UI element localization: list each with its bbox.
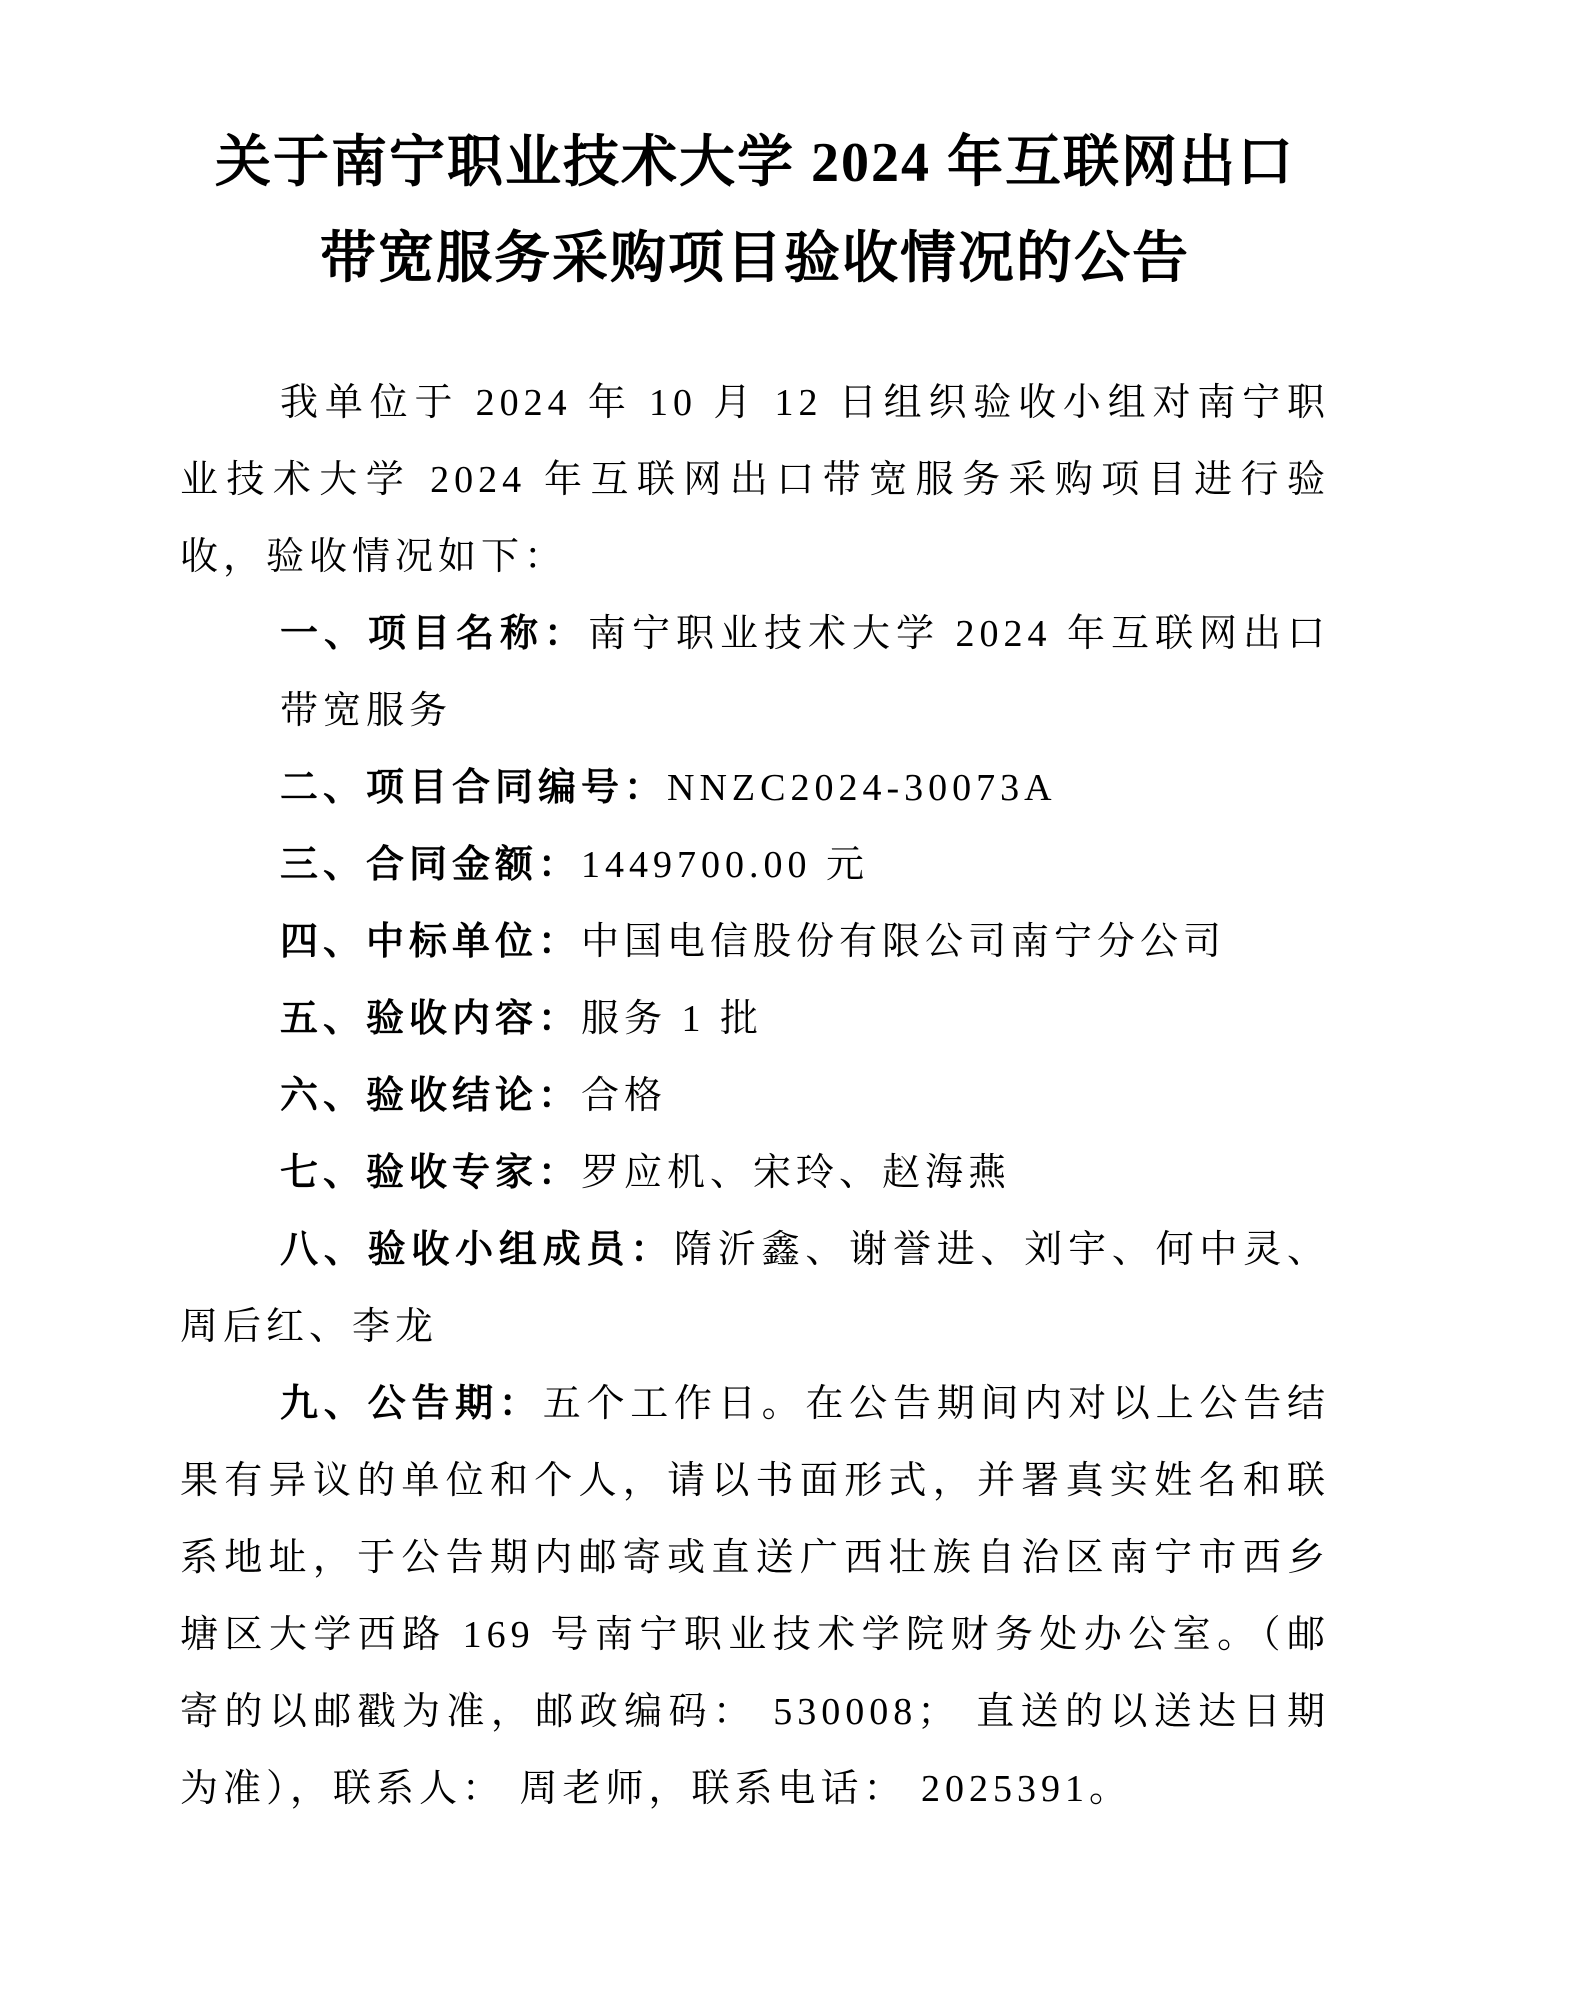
item-value: 服务 1 批 (581, 998, 763, 1040)
item-label: 二、项目合同编号： (280, 767, 667, 809)
item-label: 三、合同金额： (280, 844, 581, 886)
item-label: 四、中标单位： (280, 921, 581, 963)
item-label: 一、项目名称： (280, 613, 588, 655)
item-label: 七、验收专家： (280, 1152, 581, 1194)
list-item-acceptance-content: 五、验收内容：服务 1 批 (180, 981, 1330, 1058)
item-value: 合格 (581, 1075, 667, 1117)
list-item-acceptance-experts: 七、验收专家：罗应机、宋玲、赵海燕 (180, 1135, 1330, 1212)
intro-paragraph: 我单位于 2024 年 10 月 12 日组织验收小组对南宁职业技术大学 202… (180, 365, 1330, 596)
item-value: 罗应机、宋玲、赵海燕 (581, 1152, 1011, 1194)
list-item-winning-bidder: 四、中标单位：中国电信股份有限公司南宁分公司 (180, 904, 1330, 981)
item-value: 1449700.00 元 (581, 844, 869, 886)
item-value: 中国电信股份有限公司南宁分公司 (581, 921, 1226, 963)
item-value: NNZC2024-30073A (667, 767, 1057, 809)
item-label: 八、验收小组成员： (280, 1229, 674, 1271)
list-item-contract-amount: 三、合同金额：1449700.00 元 (180, 827, 1330, 904)
document-title: 关于南宁职业技术大学 2024 年互联网出口 带宽服务采购项目验收情况的公告 (180, 115, 1330, 307)
list-item-acceptance-team: 八、验收小组成员：隋沂鑫、谢誉进、刘宇、何中灵、周后红、李龙 (180, 1212, 1330, 1366)
document-page: 关于南宁职业技术大学 2024 年互联网出口 带宽服务采购项目验收情况的公告 我… (0, 0, 1587, 2016)
document-body: 我单位于 2024 年 10 月 12 日组织验收小组对南宁职业技术大学 202… (180, 365, 1330, 1828)
item-label: 六、验收结论： (280, 1075, 581, 1117)
list-item-contract-number: 二、项目合同编号：NNZC2024-30073A (180, 750, 1330, 827)
item-value: 五个工作日。在公告期间内对以上公告结果有异议的单位和个人，请以书面形式，并署真实… (180, 1383, 1330, 1810)
list-item-acceptance-conclusion: 六、验收结论：合格 (180, 1058, 1330, 1135)
title-line-2: 带宽服务采购项目验收情况的公告 (180, 211, 1330, 307)
intro-text: 我单位于 2024 年 10 月 12 日组织验收小组对南宁职业技术大学 202… (180, 382, 1330, 578)
item-label: 五、验收内容： (280, 998, 581, 1040)
list-item-announcement-period: 九、公告期：五个工作日。在公告期间内对以上公告结果有异议的单位和个人，请以书面形… (180, 1366, 1330, 1828)
item-label: 九、公告期： (280, 1383, 543, 1425)
title-line-1: 关于南宁职业技术大学 2024 年互联网出口 (180, 115, 1330, 211)
list-item-project-name: 一、项目名称：南宁职业技术大学 2024 年互联网出口带宽服务 (280, 596, 1330, 750)
